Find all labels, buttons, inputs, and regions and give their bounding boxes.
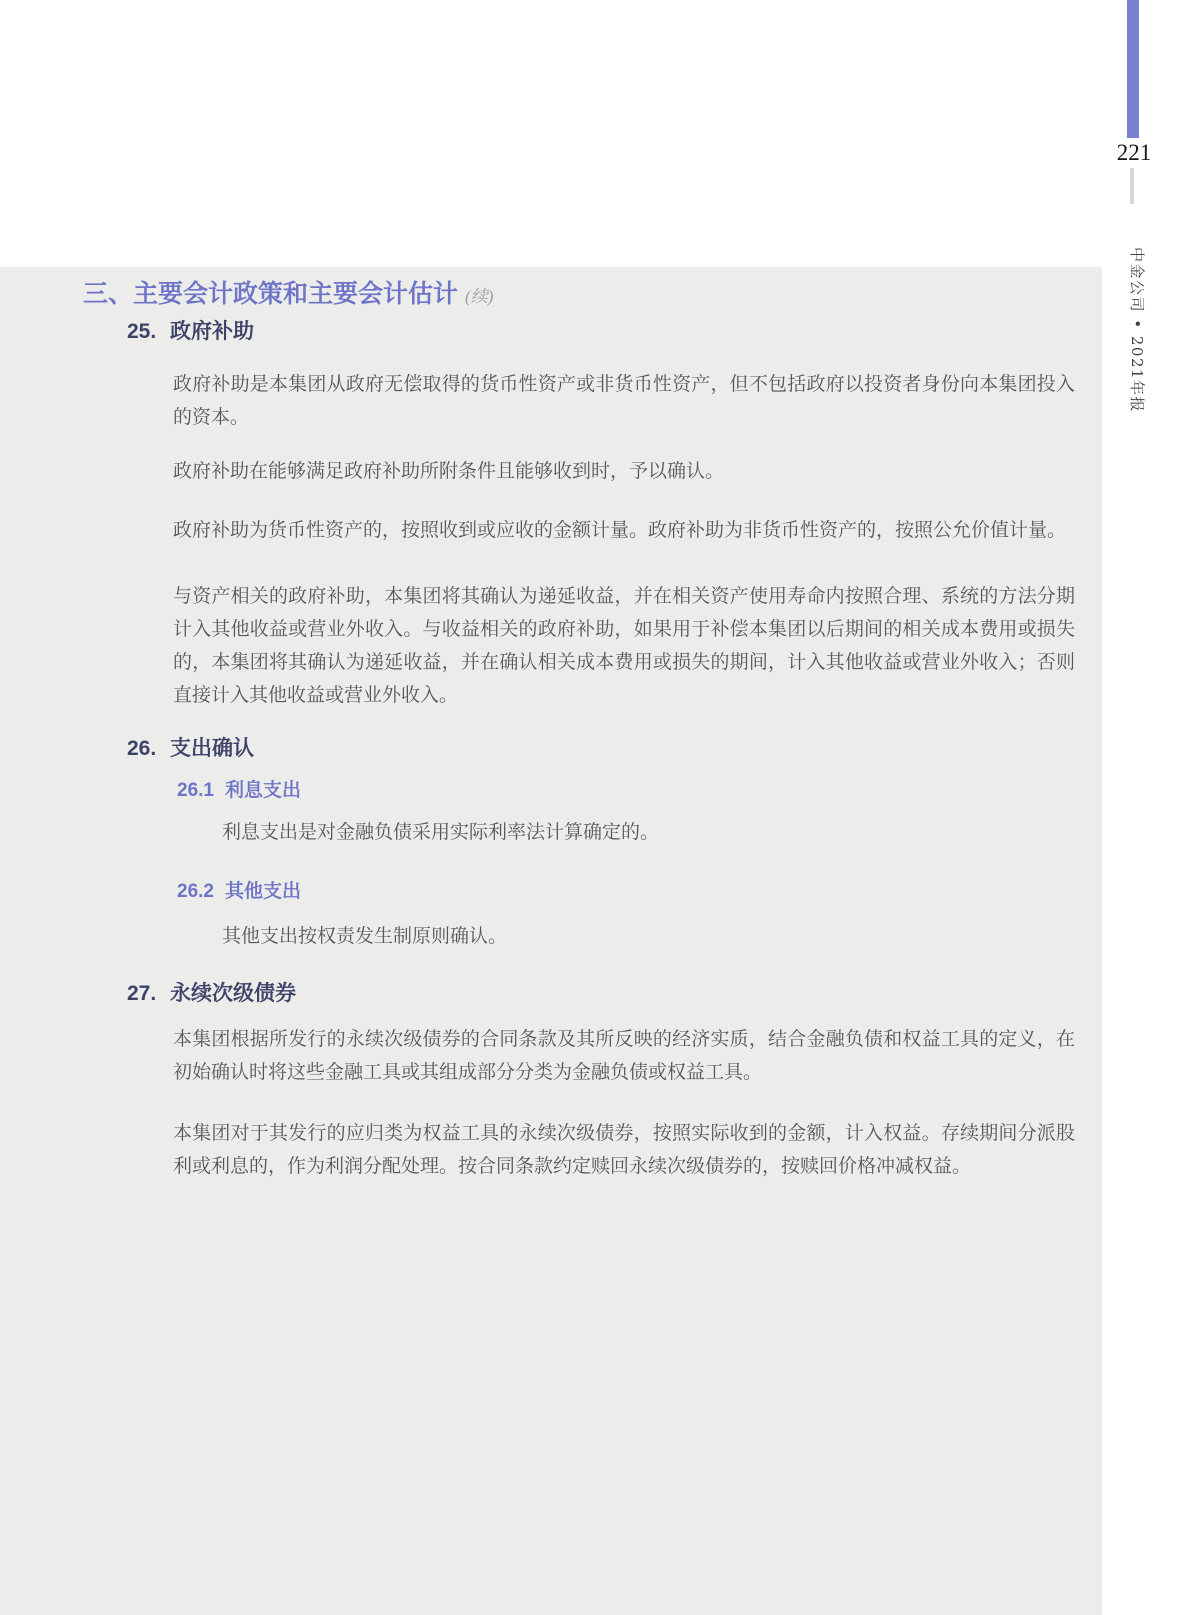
content-panel: 三、主要会计政策和主要会计估计(续) 25.政府补助 政府补助是本集团从政府无偿… [0,267,1102,1615]
section-27-paragraph-2: 本集团对于其发行的应归类为权益工具的永续次级债券，按照实际收到的金额，计入权益。… [173,1117,1075,1183]
chapter-continued-mark: (续) [465,287,493,306]
section-25-paragraph-2: 政府补助在能够满足政府补助所附条件且能够收到时，予以确认。 [173,455,1075,488]
chapter-title: 主要会计政策和主要会计估计 [133,280,458,308]
section-25-paragraph-4: 与资产相关的政府补助，本集团将其确认为递延收益，并在相关资产使用寿命内按照合理、… [173,580,1075,712]
margin-vertical-caption: 中金公司 • 2021年报 [1127,230,1147,430]
page-number: 221 [1106,140,1162,166]
section-26-2-number: 26.2 [177,878,225,906]
section-27-heading: 27.永续次级债券 [127,979,296,1009]
section-27-title: 永续次级债券 [170,982,296,1005]
section-25-paragraph-3: 政府补助为货币性资产的，按照收到或应收的金额计量。政府补助为非货币性资产的，按照… [173,514,1075,547]
chapter-heading: 三、主要会计政策和主要会计估计(续) [83,277,493,314]
section-26-2-paragraph: 其他支出按权责发生制原则确认。 [222,920,1075,953]
section-26-2-heading: 26.2其他支出 [177,878,301,906]
section-25-title: 政府补助 [170,320,254,343]
section-25-paragraph-1: 政府补助是本集团从政府无偿取得的货币性资产或非货币性资产，但不包括政府以投资者身… [173,368,1075,434]
section-26-1-heading: 26.1利息支出 [177,777,301,805]
page-number-tick [1130,168,1134,204]
section-26-number: 26. [127,734,170,764]
section-26-1-paragraph: 利息支出是对金融负债采用实际利率法计算确定的。 [222,816,1075,849]
section-26-heading: 26.支出确认 [127,734,254,764]
margin-accent-bar [1127,0,1139,138]
section-27-paragraph-1: 本集团根据所发行的永续次级债券的合同条款及其所反映的经济实质，结合金融负债和权益… [173,1023,1075,1089]
section-26-1-title: 利息支出 [225,780,301,801]
section-26-2-title: 其他支出 [225,881,301,902]
section-25-heading: 25.政府补助 [127,317,254,347]
section-26-title: 支出确认 [170,737,254,760]
chapter-index: 三、 [83,280,133,308]
section-26-1-number: 26.1 [177,777,225,805]
section-25-number: 25. [127,317,170,347]
section-27-number: 27. [127,979,170,1009]
